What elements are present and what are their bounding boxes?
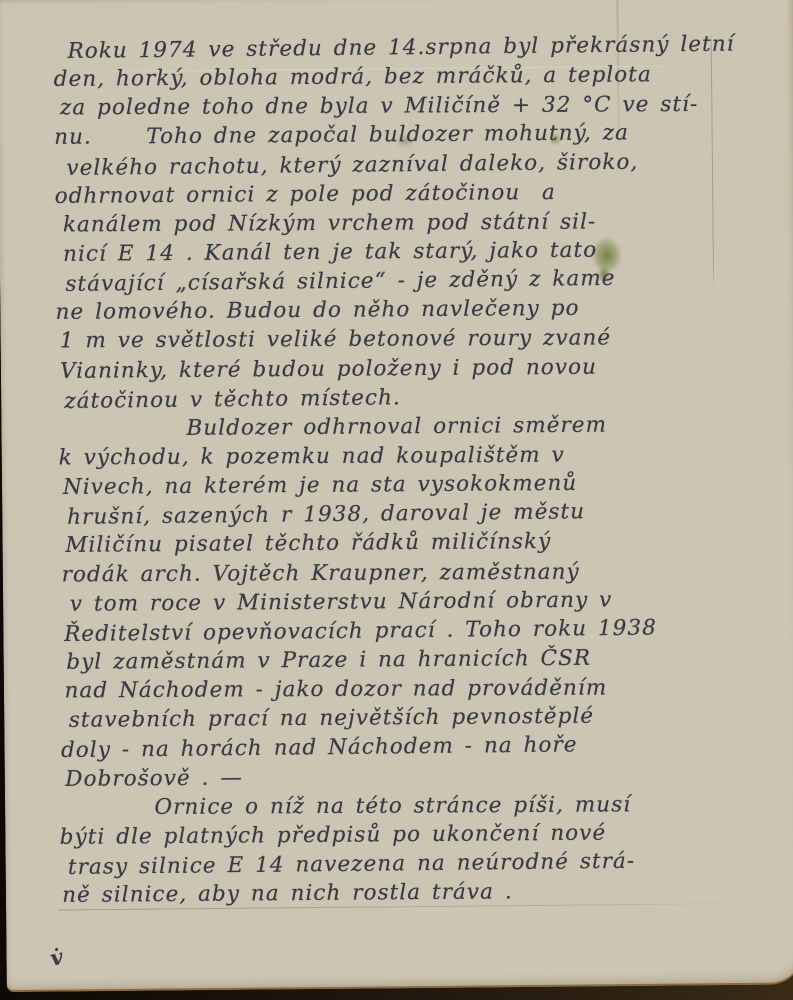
handwritten-line: Ornice o níž na této stránce píši, musí [59, 789, 780, 822]
handwritten-line: rodák arch. Vojtěch Kraupner, zaměstnaný [58, 556, 779, 589]
handwritten-line: kanálem pod Nízkým vrchem pod státní sil… [55, 206, 776, 239]
handwritten-line: 1 m ve světlosti veliké betonové roury z… [56, 323, 777, 356]
chronicle-page: Roku 1974 ve středu dne 14.srpna byl pře… [0, 0, 793, 992]
handwritten-line: k východu, k pozemku nad koupalištěm v [57, 439, 778, 472]
handwritten-line: za poledne toho dne byla v Miličíně + 32… [54, 90, 775, 123]
handwritten-line: nad Náchodem - jako dozor nad prováděním [58, 673, 779, 706]
page-text: Roku 1974 ve středu dne 14.srpna byl pře… [53, 30, 781, 910]
margin-check-mark: v̇ [48, 944, 65, 971]
